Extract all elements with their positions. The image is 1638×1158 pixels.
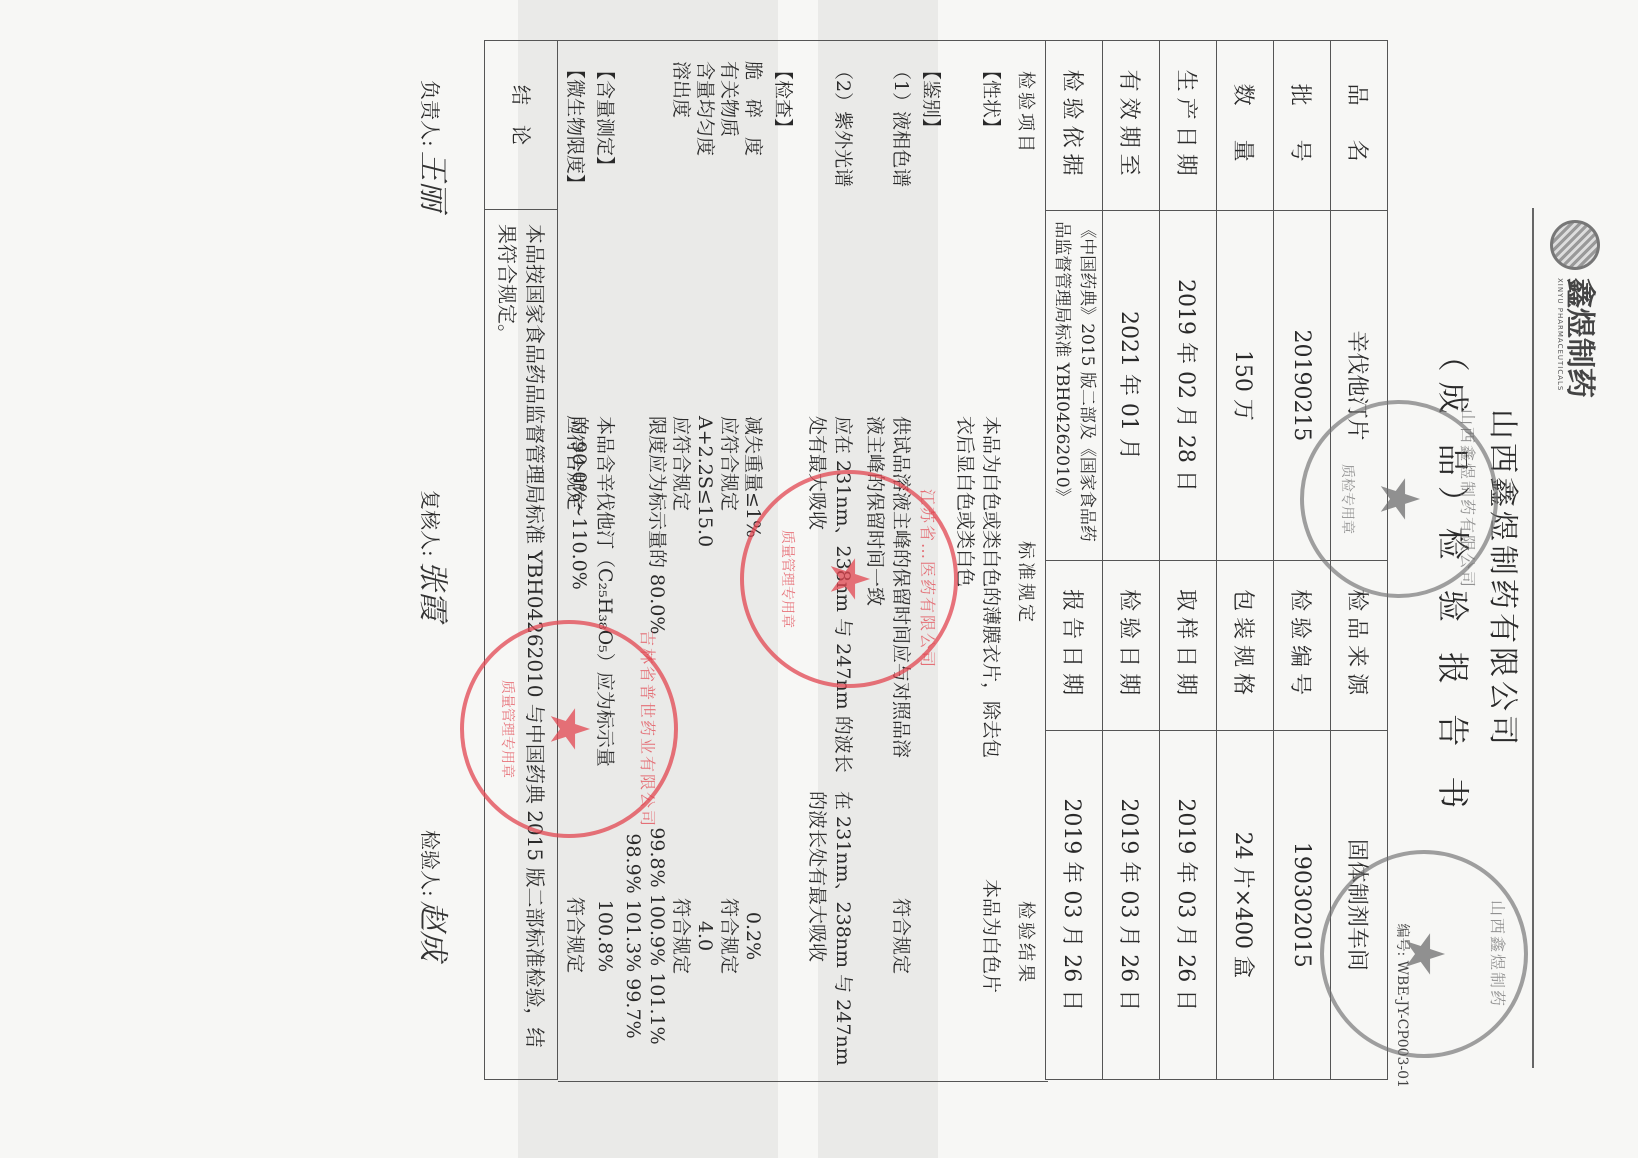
value-inspection-date: 2019 年 03 月 26 日 xyxy=(1103,730,1160,1079)
signature-responsible: 负责人:王丽 xyxy=(414,80,458,211)
label-inspection-no: 检验编号 xyxy=(1274,560,1331,730)
stamp-subtext: 质量管理专用章 xyxy=(778,474,798,684)
result-character: 本品为白色片 xyxy=(978,791,1004,1081)
section-assay: 【含量测定】 xyxy=(592,61,618,261)
company-logo: 鑫煜制药 XINYU PHARMACEUTICALS xyxy=(1550,220,1600,398)
value-expiry: 2021 年 01 月 xyxy=(1103,211,1160,560)
signature-label: 复核人: xyxy=(418,490,442,557)
logo-emblem-icon xyxy=(1550,220,1600,270)
section-tests: 【检查】 xyxy=(770,61,796,261)
info-row: 数 量 150 万 包装规格 24 片×400 盒 xyxy=(1217,41,1274,1080)
label-sampling-date: 取样日期 xyxy=(1160,560,1217,730)
conclusion-table: 结论 本品按国家食品药品监督管理局标准 YBH04262010 与中国药典 20… xyxy=(484,40,558,1080)
item-uv: （2）紫外光谱 xyxy=(830,61,856,261)
label-quantity: 数 量 xyxy=(1217,41,1274,211)
header-result: 检验结果 xyxy=(1014,901,1040,985)
item-friability: 脆 碎 度 xyxy=(740,61,766,261)
item-hplc: （1）液相色谱 xyxy=(888,61,914,261)
value-sampling-date: 2019 年 03 月 26 日 xyxy=(1160,730,1217,1079)
value-inspection-basis: 《中国药典》2015 版二部及《国家食品药品监督管理局标准 YBH0426201… xyxy=(1046,211,1103,560)
label-package-spec: 包装规格 xyxy=(1217,560,1274,730)
spec-content-uniformity: A+2.2S≤15.0 xyxy=(692,416,718,776)
section-identification: 【鉴别】 xyxy=(918,61,944,261)
spec-character: 本品为白色或类白色的薄膜衣片，除去包衣后显白色或类白色 xyxy=(952,416,1004,776)
row-dissolution-values: 98.9% 101.3% 99.7% xyxy=(620,41,646,1081)
value-inspection-no: 190302015 xyxy=(1274,730,1331,1079)
label-inspection-date: 检验日期 xyxy=(1103,560,1160,730)
result-uv: 在 231nm、238nm 与 247nm 的波长处有最大吸收 xyxy=(804,791,856,1081)
brand-name-en: XINYU PHARMACEUTICALS xyxy=(1556,278,1564,398)
distributor-qa-stamp-2: 吉林省普世药业有限公司 ★ 质量管理专用章 xyxy=(460,620,678,838)
value-package-spec: 24 片×400 盒 xyxy=(1217,730,1274,1079)
result-dissolution-values-1: 99.8% 100.9% 101.1% xyxy=(644,791,670,1081)
row-dissolution-limit: 限度应为标示量的 80.0% 99.8% 100.9% 101.1% xyxy=(644,41,670,1081)
result-dissolution: 符合规定 xyxy=(668,791,694,1081)
star-icon: ★ xyxy=(542,705,596,753)
label-production-date: 生产日期 xyxy=(1160,41,1217,211)
value-quantity: 150 万 xyxy=(1217,211,1274,560)
result-dissolution-values-2: 98.9% 101.3% 99.7% xyxy=(620,791,646,1081)
result-friability: 0.2% xyxy=(740,791,766,1081)
label-report-date: 报告日期 xyxy=(1046,560,1103,730)
info-row: 检验依据 《中国药典》2015 版二部及《国家食品药品监督管理局标准 YBH04… xyxy=(1046,41,1103,1080)
label-inspection-basis: 检验依据 xyxy=(1046,41,1103,211)
handwritten-signature: 张霞 xyxy=(415,561,450,621)
company-qc-stamp: 山西鑫煜制药有限公司 ★ 质检专用章 xyxy=(1300,400,1498,598)
row-content-uniformity: 含量均匀度 A+2.2S≤15.0 4.0 xyxy=(692,41,718,1081)
result-content-uniformity: 4.0 xyxy=(692,791,718,1081)
item-content-uniformity: 含量均匀度 xyxy=(692,61,718,261)
distributor-qa-stamp-1: 江苏省…医药有限公司 ★ 质量管理专用章 xyxy=(740,470,958,688)
item-dissolution: 溶出度 xyxy=(668,61,694,261)
stamp-text: 山西鑫煜制药 xyxy=(1487,854,1510,1054)
item-related-substances: 有关物质 xyxy=(716,61,742,261)
inspection-report-page: 鑫煜制药 XINYU PHARMACEUTICALS 山西鑫煜制药有限公司 （成… xyxy=(0,0,1638,1158)
signature-inspector: 检验人:赵成 xyxy=(414,830,458,961)
brand-name: 鑫煜制药 xyxy=(1564,278,1594,398)
signature-label: 负责人: xyxy=(418,80,442,147)
signature-reviewer: 复核人:张霞 xyxy=(414,490,458,621)
value-report-date: 2019 年 03 月 26 日 xyxy=(1046,730,1103,1079)
info-row: 生产日期 2019 年 02 月 28 日 取样日期 2019 年 03 月 2… xyxy=(1160,41,1217,1080)
result-related-substances: 符合规定 xyxy=(716,791,742,1081)
stamp-text: 山西鑫煜制药有限公司 xyxy=(1457,404,1480,594)
section-character: 【性状】 xyxy=(978,61,1004,261)
stamp-text: 江苏省…医药有限公司 xyxy=(917,474,940,684)
label-product-name: 品 名 xyxy=(1331,41,1388,211)
company-seal-stamp: 山西鑫煜制药 ★ xyxy=(1320,850,1528,1058)
stamp-subtext: 质量管理专用章 xyxy=(498,624,518,834)
result-hplc: 符合规定 xyxy=(888,791,914,1081)
stamp-subtext: 质检专用章 xyxy=(1338,404,1358,594)
row-related-substances: 有关物质 应符合规定 符合规定 xyxy=(716,41,742,1081)
label-expiry: 有效期至 xyxy=(1103,41,1160,211)
row-dissolution: 溶出度 应符合规定 符合规定 xyxy=(668,41,694,1081)
section-microbial: 【微生物限度】 xyxy=(562,60,588,260)
value-production-date: 2019 年 02 月 28 日 xyxy=(1160,211,1217,560)
handwritten-signature: 王丽 xyxy=(415,151,450,211)
row-microbial: 【微生物限度】 应符合规定 符合规定 xyxy=(562,40,588,1080)
info-row: 有效期至 2021 年 01 月 检验日期 2019 年 03 月 26 日 xyxy=(1103,41,1160,1080)
star-icon: ★ xyxy=(1372,475,1426,523)
star-icon: ★ xyxy=(822,555,876,603)
header-divider xyxy=(1532,208,1534,1068)
signature-label: 检验人: xyxy=(418,830,442,897)
conclusion-label: 结论 xyxy=(485,41,558,210)
header-spec: 标准规定 xyxy=(1014,541,1040,625)
stamp-text: 吉林省普世药业有限公司 xyxy=(637,624,660,834)
star-icon: ★ xyxy=(1397,930,1451,978)
handwritten-signature: 赵成 xyxy=(415,901,450,961)
label-batch-no: 批 号 xyxy=(1274,41,1331,211)
header-item: 检验项目 xyxy=(1014,71,1040,155)
spec-related-substances: 应符合规定 xyxy=(716,416,742,776)
